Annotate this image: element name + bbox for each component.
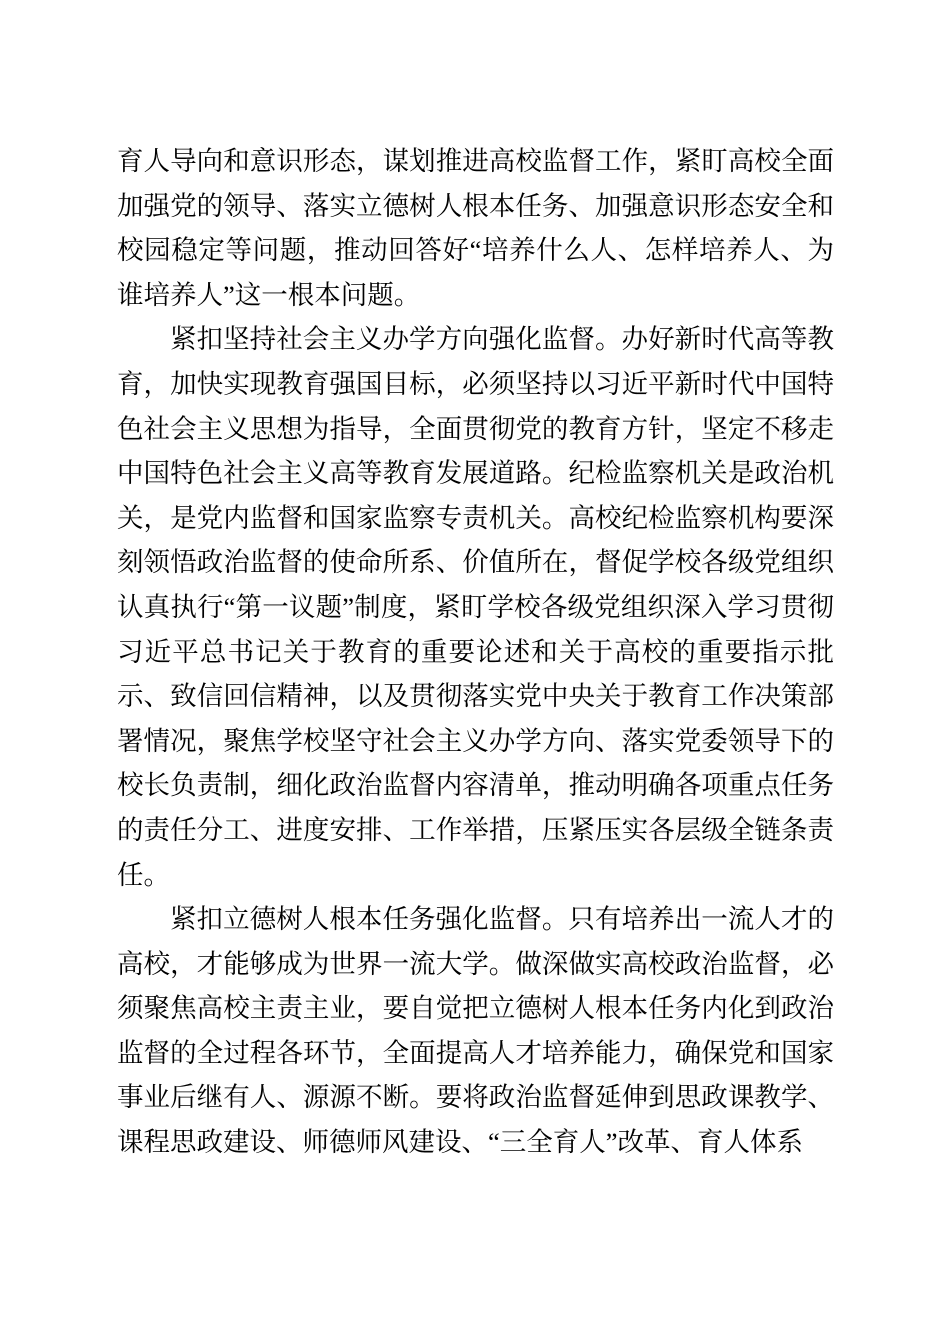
document-body: 育人导向和意识形态，谋划推进高校监督工作，紧盯高校全面加强党的领导、落实立德树人… (117, 139, 834, 1165)
paragraph-continuation: 育人导向和意识形态，谋划推进高校监督工作，紧盯高校全面加强党的领导、落实立德树人… (117, 139, 834, 317)
paragraph-socialist-direction-supervision: 紧扣坚持社会主义办学方向强化监督。办好新时代高等教育，加快实现教育强国目标，必须… (117, 317, 834, 897)
document-page: 育人导向和意识形态，谋划推进高校监督工作，紧盯高校全面加强党的领导、落实立德树人… (0, 0, 950, 1344)
paragraph-moral-education-supervision: 紧扣立德树人根本任务强化监督。只有培养出一流人才的高校，才能够成为世界一流大学。… (117, 897, 834, 1165)
